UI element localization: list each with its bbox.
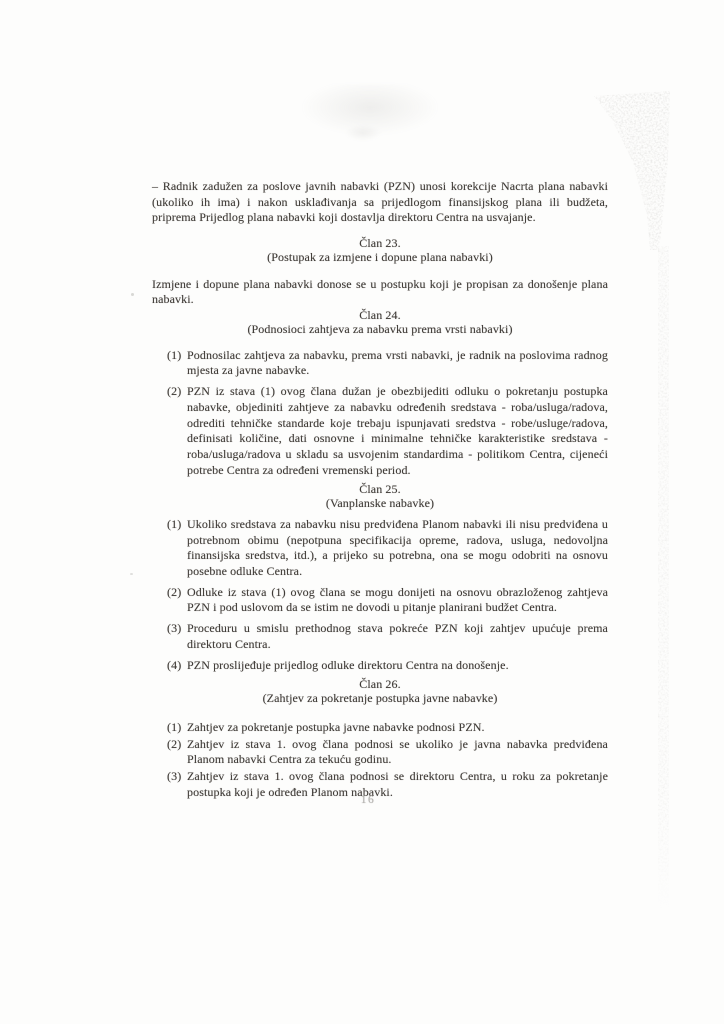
item-text: Ukoliko sredstava za nabavku nisu predvi… (187, 517, 608, 578)
article-section: Član 24.(Podnosioci zahtjeva za nabavku … (152, 309, 608, 478)
scan-speck (130, 573, 133, 575)
item-text: Odluke iz stava (1) ovog člana se mogu d… (187, 585, 608, 615)
article-title: Član 24. (152, 309, 608, 323)
article-items: (1)Zahtjev za pokretanje postupka javne … (152, 720, 608, 801)
item-text: PZN iz stava (1) ovog člana dužan je obe… (187, 384, 608, 477)
item-number: (2) (167, 384, 181, 400)
item-text: Zahtjev za pokretanje postupka javne nab… (187, 720, 485, 734)
article-item: (2)Odluke iz stava (1) ovog člana se mog… (152, 585, 608, 616)
article-title: Član 26. (152, 678, 608, 692)
article-item: (3)Proceduru u smislu prethodnog stava p… (152, 621, 608, 652)
article-subtitle: (Podnosioci zahtjeva za nabavku prema vr… (152, 323, 608, 337)
scan-edge-strip (658, 246, 669, 912)
article-subtitle: (Vanplanske nabavke) (152, 497, 608, 511)
item-number: (1) (167, 348, 181, 364)
article-title: Član 23. (152, 237, 608, 251)
item-number: (1) (167, 720, 181, 736)
article-section: Član 23.(Postupak za izmjene i dopune pl… (152, 237, 608, 308)
item-text: Zahtjev iz stava 1. ovog člana podnosi s… (187, 737, 608, 767)
article-title: Član 25. (152, 483, 608, 497)
scan-speck (131, 293, 134, 296)
article-items: (1)Podnosilac zahtjeva za nabavku, prema… (152, 348, 608, 479)
scan-smudge-small (345, 125, 381, 141)
article-item: (2)PZN iz stava (1) ovog člana dužan je … (152, 384, 608, 478)
article-section: Član 26.(Zahtjev za pokretanje postupka … (152, 678, 608, 800)
item-number: (2) (167, 585, 181, 601)
article-item: (1)Podnosilac zahtjeva za nabavku, prema… (152, 348, 608, 379)
article-item: (1)Ukoliko sredstava za nabavku nisu pre… (152, 517, 608, 580)
item-number: (2) (167, 737, 181, 753)
item-number: (1) (167, 517, 181, 533)
item-text: PZN proslijeđuje prijedlog odluke direkt… (187, 658, 509, 672)
item-text: Podnosilac zahtjeva za nabavku, prema vr… (187, 348, 608, 378)
article-section: Član 25.(Vanplanske nabavke)(1)Ukoliko s… (152, 483, 608, 673)
article-item: (1)Zahtjev za pokretanje postupka javne … (152, 720, 608, 736)
article-subtitle: (Postupak za izmjene i dopune plana naba… (152, 251, 608, 265)
article-item: (4)PZN proslijeđuje prijedlog odluke dir… (152, 658, 608, 674)
article-subtitle: (Zahtjev za pokretanje postupka javne na… (152, 692, 608, 706)
articles: Član 23.(Postupak za izmjene i dopune pl… (152, 237, 608, 800)
scanned-document-page: – Radnik zadužen za poslove javnih nabav… (0, 0, 724, 1024)
article-items: (1)Ukoliko sredstava za nabavku nisu pre… (152, 517, 608, 673)
document-content: – Radnik zadužen za poslove javnih nabav… (152, 179, 608, 801)
item-text: Proceduru u smislu prethodnog stava pokr… (187, 621, 608, 651)
item-number: (4) (167, 658, 181, 674)
item-number: (3) (167, 621, 181, 637)
article-item: (2)Zahtjev iz stava 1. ovog člana podnos… (152, 737, 608, 768)
item-number: (3) (167, 769, 181, 785)
article-paragraph: Izmjene i dopune plana nabavki donose se… (152, 277, 608, 308)
page-number: 16 (140, 794, 596, 806)
intro-paragraph: – Radnik zadužen za poslove javnih nabav… (152, 179, 608, 226)
